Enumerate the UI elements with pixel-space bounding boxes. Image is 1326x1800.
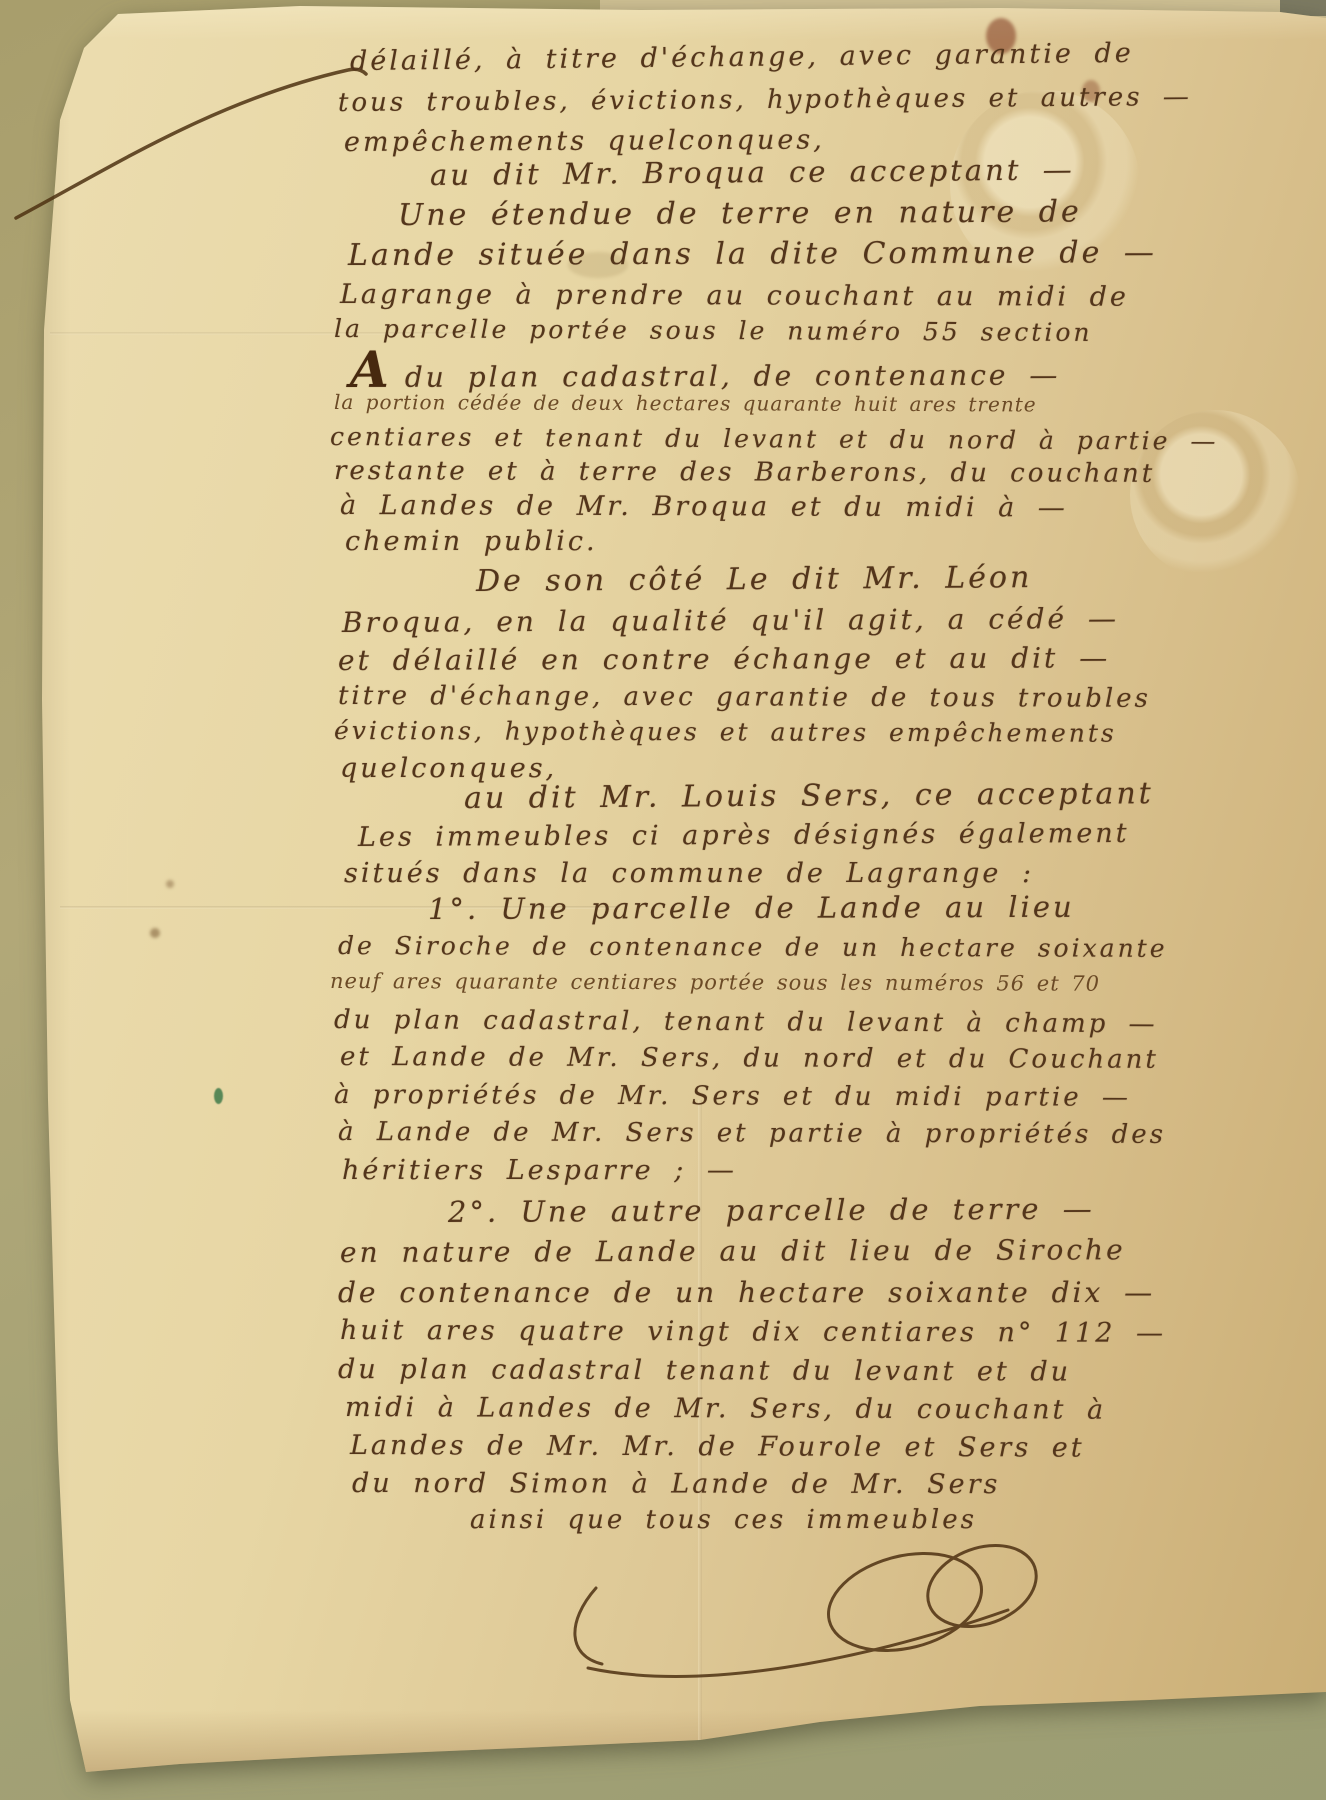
manuscript-line-text: au dit Mr. Broqua ce acceptant — [430, 152, 1075, 192]
manuscript-line: au dit Mr. Louis Sers, ce acceptant [464, 776, 1154, 816]
manuscript-line: délaillé, à titre d'échange, avec garant… [350, 38, 1134, 77]
manuscript-line: ainsi que tous ces immeubles [470, 1505, 977, 1535]
manuscript-line-text: Les immeubles ci après désignés égalemen… [358, 818, 1130, 853]
manuscript-line: 2°. Une autre parcelle de terre — [448, 1192, 1095, 1229]
manuscript-line-text: chemin public. [345, 526, 598, 557]
manuscript-line: au dit Mr. Broqua ce acceptant — [430, 152, 1075, 192]
manuscript-line-text: Lagrange à prendre au couchant au midi d… [340, 279, 1129, 313]
manuscript-line: Lande située dans la dite Commune de — [348, 235, 1157, 273]
manuscript-line: du plan cadastral, tenant du levant à ch… [334, 1005, 1158, 1039]
manuscript-line-text: tous troubles, évictions, hypothèques et… [338, 82, 1192, 118]
manuscript-line: De son côté Le dit Mr. Léon [476, 560, 1033, 599]
manuscript-line: titre d'échange, avec garantie de tous t… [338, 681, 1151, 714]
manuscript-line: à Landes de Mr. Broqua et du midi à — [340, 490, 1068, 524]
manuscript-line: et Lande de Mr. Sers, du nord et du Couc… [340, 1042, 1159, 1075]
manuscript-line-text: situés dans la commune de Lagrange : [344, 858, 1034, 889]
manuscript-line: chemin public. [345, 526, 598, 557]
manuscript-line: à propriétés de Mr. Sers et du midi part… [334, 1080, 1131, 1113]
manuscript-line-text: restante et à terre des Barberons, du co… [334, 456, 1155, 489]
manuscript-line: midi à Landes de Mr. Sers, du couchant à [345, 1392, 1106, 1426]
manuscript-text: délaillé, à titre d'échange, avec garant… [0, 0, 1326, 1800]
manuscript-line-text: centiares et tenant du levant et du nord… [330, 422, 1219, 456]
manuscript-line: Lagrange à prendre au couchant au midi d… [340, 279, 1129, 313]
manuscript-line-text: et délaillé en contre échange et au dit … [338, 641, 1110, 677]
manuscript-line-text: Une étendue de terre en nature de [398, 194, 1082, 233]
manuscript-line: du plan cadastral tenant du levant et du [338, 1354, 1071, 1388]
manuscript-line: héritiers Lesparre ; — [342, 1155, 737, 1186]
manuscript-line: 1°. Une parcelle de Lande au lieu [428, 890, 1075, 926]
manuscript-line: et délaillé en contre échange et au dit … [338, 641, 1110, 677]
manuscript-line-text: du plan cadastral, de contenance — [405, 359, 1061, 394]
manuscript-line: Broqua, en la qualité qu'il agit, a cédé… [342, 602, 1119, 639]
manuscript-line: de contenance de un hectare soixante dix… [338, 1276, 1155, 1309]
manuscript-line: Landes de Mr. Mr. de Fourole et Sers et [350, 1430, 1085, 1464]
manuscript-line: à Lande de Mr. Sers et partie à propriét… [338, 1117, 1166, 1150]
manuscript-line: quelconques, [340, 753, 557, 784]
manuscript-line-text: titre d'échange, avec garantie de tous t… [338, 681, 1151, 714]
manuscript-line: de Siroche de contenance de un hectare s… [338, 931, 1168, 963]
manuscript-line: Une étendue de terre en nature de [398, 194, 1082, 233]
manuscript-line-text: midi à Landes de Mr. Sers, du couchant à [345, 1392, 1106, 1426]
manuscript-line-text: empêchements quelconques, [344, 124, 825, 158]
photograph-of-manuscript: { "document": { "colors": { "ink": "#533… [0, 0, 1326, 1800]
manuscript-line-text: 2°. Une autre parcelle de terre — [448, 1192, 1095, 1229]
manuscript-line-text: Landes de Mr. Mr. de Fourole et Sers et [350, 1430, 1085, 1464]
photo-background: délaillé, à titre d'échange, avec garant… [0, 0, 1326, 1800]
manuscript-line: huit ares quatre vingt dix centiares n° … [340, 1315, 1166, 1349]
manuscript-line-text: à Landes de Mr. Broqua et du midi à — [340, 490, 1068, 524]
manuscript-line-text: Broqua, en la qualité qu'il agit, a cédé… [342, 602, 1119, 639]
manuscript-line-text: Lande située dans la dite Commune de — [348, 235, 1157, 273]
manuscript-line-text: héritiers Lesparre ; — [342, 1155, 737, 1186]
manuscript-line-text: à Lande de Mr. Sers et partie à propriét… [338, 1117, 1166, 1150]
manuscript-line-text: à propriétés de Mr. Sers et du midi part… [334, 1080, 1131, 1113]
manuscript-line-text: en nature de Lande au dit lieu de Siroch… [340, 1233, 1126, 1269]
manuscript-line: Les immeubles ci après désignés égalemen… [358, 818, 1130, 853]
manuscript-line-text: neuf ares quarante centiares portée sous… [330, 969, 1100, 996]
manuscript-line: situés dans la commune de Lagrange : [344, 858, 1034, 889]
manuscript-line: du nord Simon à Lande de Mr. Sers [352, 1468, 1000, 1500]
manuscript-line: centiares et tenant du levant et du nord… [330, 422, 1219, 456]
manuscript-line: neuf ares quarante centiares portée sous… [330, 969, 1100, 996]
manuscript-line-text: huit ares quatre vingt dix centiares n° … [340, 1315, 1166, 1349]
manuscript-line: restante et à terre des Barberons, du co… [334, 456, 1155, 489]
manuscript-line-text: 1°. Une parcelle de Lande au lieu [428, 890, 1075, 926]
manuscript-line-text: délaillé, à titre d'échange, avec garant… [350, 38, 1134, 77]
manuscript-line-text: évictions, hypothèques et autres empêche… [334, 716, 1117, 748]
manuscript-line-text: de Siroche de contenance de un hectare s… [338, 931, 1168, 963]
manuscript-line: en nature de Lande au dit lieu de Siroch… [340, 1233, 1126, 1269]
manuscript-line-text: du plan cadastral tenant du levant et du [338, 1354, 1071, 1388]
manuscript-line-text: au dit Mr. Louis Sers, ce acceptant [464, 776, 1154, 816]
manuscript-line-text: quelconques, [340, 753, 557, 784]
manuscript-line: empêchements quelconques, [344, 124, 825, 158]
manuscript-line-text: De son côté Le dit Mr. Léon [476, 560, 1033, 599]
manuscript-line-text: de contenance de un hectare soixante dix… [338, 1276, 1155, 1309]
manuscript-line-text: du plan cadastral, tenant du levant à ch… [334, 1005, 1158, 1039]
manuscript-line-text: ainsi que tous ces immeubles [470, 1505, 977, 1535]
manuscript-line: la portion cédée de deux hectares quaran… [334, 390, 1037, 416]
manuscript-line: évictions, hypothèques et autres empêche… [334, 716, 1117, 748]
manuscript-line: tous troubles, évictions, hypothèques et… [338, 82, 1192, 118]
manuscript-line-text: la portion cédée de deux hectares quaran… [334, 390, 1037, 416]
manuscript-line-text: et Lande de Mr. Sers, du nord et du Couc… [340, 1042, 1159, 1075]
manuscript-line-text: du nord Simon à Lande de Mr. Sers [352, 1468, 1000, 1500]
